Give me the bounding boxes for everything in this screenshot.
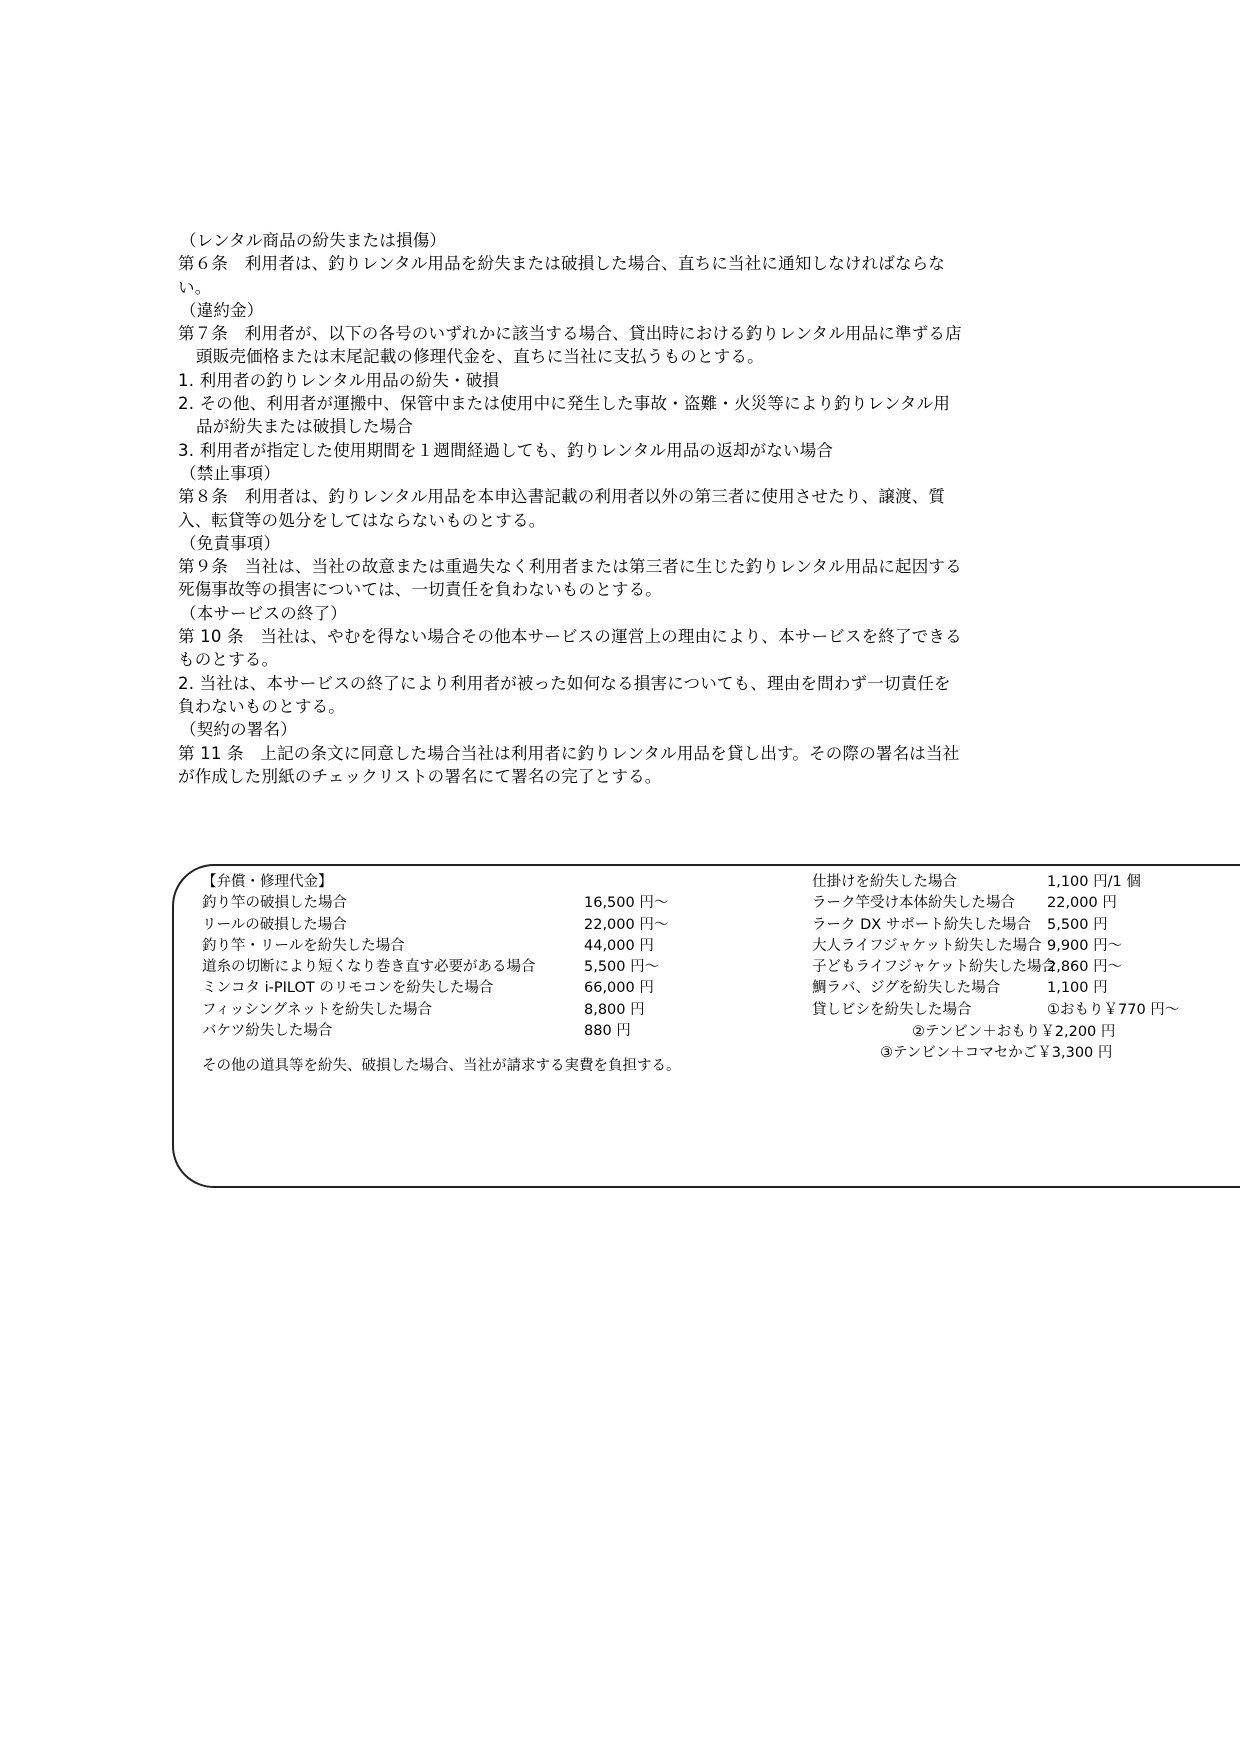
fee-label: ミンコタ i-PILOT のリモコンを紛失した場合 [202, 978, 493, 999]
fee-label: 釣り竿・リールを紛失した場合 [202, 936, 405, 957]
article-text-line: 第９条 当社は、当社の故意または重過失なく利用者または第三者に生じた釣りレンタル… [178, 555, 1058, 578]
fee-label: 大人ライフジャケット紛失した場合 [812, 936, 1042, 957]
fee-row: 仕掛けを紛失した場合1,100 円/1 個 [812, 872, 1192, 893]
fee-price: 22,000 円～ [584, 915, 668, 936]
fee-price: 880 円 [584, 1021, 631, 1042]
fee-label: 貸しビシを紛失した場合 [812, 1000, 972, 1021]
article-text-line: 第７条 利用者が、以下の各号のいずれかに該当する場合、貸出時における釣りレンタル… [178, 322, 1058, 345]
article-text-line: 第 10 条 当社は、やむを得ない場合その他本サービスの運営上の理由により、本サ… [178, 625, 1058, 648]
fees-right-column: 仕掛けを紛失した場合1,100 円/1 個ラーク竿受け本体紛失した場合22,00… [812, 872, 1192, 1021]
article-heading: （禁止事項） [178, 462, 1058, 485]
article-text-line: 第８条 利用者は、釣りレンタル用品を本申込書記載の利用者以外の第三者に使用させた… [178, 485, 1058, 508]
fee-row: 釣り竿・リールを紛失した場合44,000 円 [202, 936, 722, 957]
fee-label: ラーク DX サポート紛失した場合 [812, 915, 1031, 936]
fee-price: 44,000 円 [584, 936, 654, 957]
fee-price: ①おもり￥770 円～ [1047, 1000, 1179, 1021]
bishi-option-2: ②テンビン＋おもり￥2,200 円 [912, 1020, 1115, 1041]
fee-price: 1,100 円/1 個 [1047, 872, 1141, 893]
fee-label: 釣り竿の破損した場合 [202, 893, 347, 914]
fee-row: 釣り竿の破損した場合16,500 円～ [202, 893, 722, 914]
article-heading: （契約の署名） [178, 718, 1058, 741]
fee-price: 8,800 円 [584, 1000, 645, 1021]
fee-row: バケツ紛失した場合880 円 [202, 1021, 722, 1042]
fee-label: 子どもライフジャケット紛失した場合 [812, 957, 1056, 978]
fee-label: 仕掛けを紛失した場合 [812, 872, 957, 893]
article-text-line: 3. 利用者が指定した使用期間を１週間経過しても、釣りレンタル用品の返却がない場… [178, 439, 1058, 462]
fee-row: リールの破損した場合22,000 円～ [202, 915, 722, 936]
article-text-line: い。 [178, 276, 1058, 299]
fee-label: 道糸の切断により短くなり巻き直す必要がある場合 [202, 957, 536, 978]
article-text-line: 品が紛失または破損した場合 [178, 415, 1058, 438]
fee-price: 2,860 円～ [1047, 957, 1122, 978]
fees-title: 【弁償・修理代金】 [202, 872, 722, 893]
fee-label: リールの破損した場合 [202, 915, 347, 936]
article-heading: （本サービスの終了） [178, 602, 1058, 625]
article-text-line: 2. 当社は、本サービスの終了により利用者が被った如何なる損害についても、理由を… [178, 672, 1058, 695]
fee-row: ラーク竿受け本体紛失した場合22,000 円 [812, 893, 1192, 914]
fee-row: 貸しビシを紛失した場合①おもり￥770 円～ [812, 1000, 1192, 1021]
article-text-line: 2. その他、利用者が運搬中、保管中または使用中に発生した事故・盗難・火災等によ… [178, 392, 1058, 415]
fee-price: 9,900 円～ [1047, 936, 1122, 957]
fee-label: バケツ紛失した場合 [202, 1021, 332, 1042]
fee-label: ラーク竿受け本体紛失した場合 [812, 893, 1015, 914]
fee-row: 鯛ラバ、ジグを紛失した場合1,100 円 [812, 978, 1192, 999]
article-text-line: が作成した別紙のチェックリストの署名にて署名の完了とする。 [178, 765, 1058, 788]
article-text-line: 1. 利用者の釣りレンタル用品の紛失・破損 [178, 369, 1058, 392]
fee-price: 5,500 円～ [584, 957, 659, 978]
fee-row: 子どもライフジャケット紛失した場合2,860 円～ [812, 957, 1192, 978]
fee-price: 66,000 円 [584, 978, 654, 999]
article-heading: （レンタル商品の紛失または損傷） [178, 229, 1058, 252]
article-text-line: 第６条 利用者は、釣りレンタル用品を紛失または破損した場合、直ちに当社に通知しな… [178, 252, 1058, 275]
fee-price: 1,100 円 [1047, 978, 1108, 999]
fees-left-column: 【弁償・修理代金】 釣り竿の破損した場合16,500 円～リールの破損した場合2… [202, 872, 722, 1042]
fee-row: 大人ライフジャケット紛失した場合9,900 円～ [812, 936, 1192, 957]
fees-note: その他の道具等を紛失、破損した場合、当社が請求する実費を負担する。 [202, 1054, 681, 1075]
fee-row: フィッシングネットを紛失した場合8,800 円 [202, 1000, 722, 1021]
fee-row: ミンコタ i-PILOT のリモコンを紛失した場合66,000 円 [202, 978, 722, 999]
fees-title-text: 【弁償・修理代金】 [202, 872, 333, 893]
article-heading: （違約金） [178, 299, 1058, 322]
article-text-line: 入、転貸等の処分をしてはならないものとする。 [178, 509, 1058, 532]
article-heading: （免責事項） [178, 532, 1058, 555]
fee-price: 16,500 円～ [584, 893, 668, 914]
article-text-line: ものとする。 [178, 648, 1058, 671]
bishi-option-3: ③テンビン＋コマセかご￥3,300 円 [880, 1041, 1112, 1062]
fee-price: 22,000 円 [1047, 893, 1117, 914]
fee-price: 5,500 円 [1047, 915, 1108, 936]
terms-section: （レンタル商品の紛失または損傷）第６条 利用者は、釣りレンタル用品を紛失または破… [178, 229, 1058, 788]
article-text-line: 負わないものとする。 [178, 695, 1058, 718]
fee-label: フィッシングネットを紛失した場合 [202, 1000, 432, 1021]
fee-row: 道糸の切断により短くなり巻き直す必要がある場合5,500 円～ [202, 957, 722, 978]
article-text-line: 死傷事故等の損害については、一切責任を負わないものとする。 [178, 578, 1058, 601]
article-text-line: 第 11 条 上記の条文に同意した場合当社は利用者に釣りレンタル用品を貸し出す。… [178, 742, 1058, 765]
fee-label: 鯛ラバ、ジグを紛失した場合 [812, 978, 1000, 999]
fee-row: ラーク DX サポート紛失した場合5,500 円 [812, 915, 1192, 936]
article-text-line: 頭販売価格または末尾記載の修理代金を、直ちに当社に支払うものとする。 [178, 345, 1058, 368]
